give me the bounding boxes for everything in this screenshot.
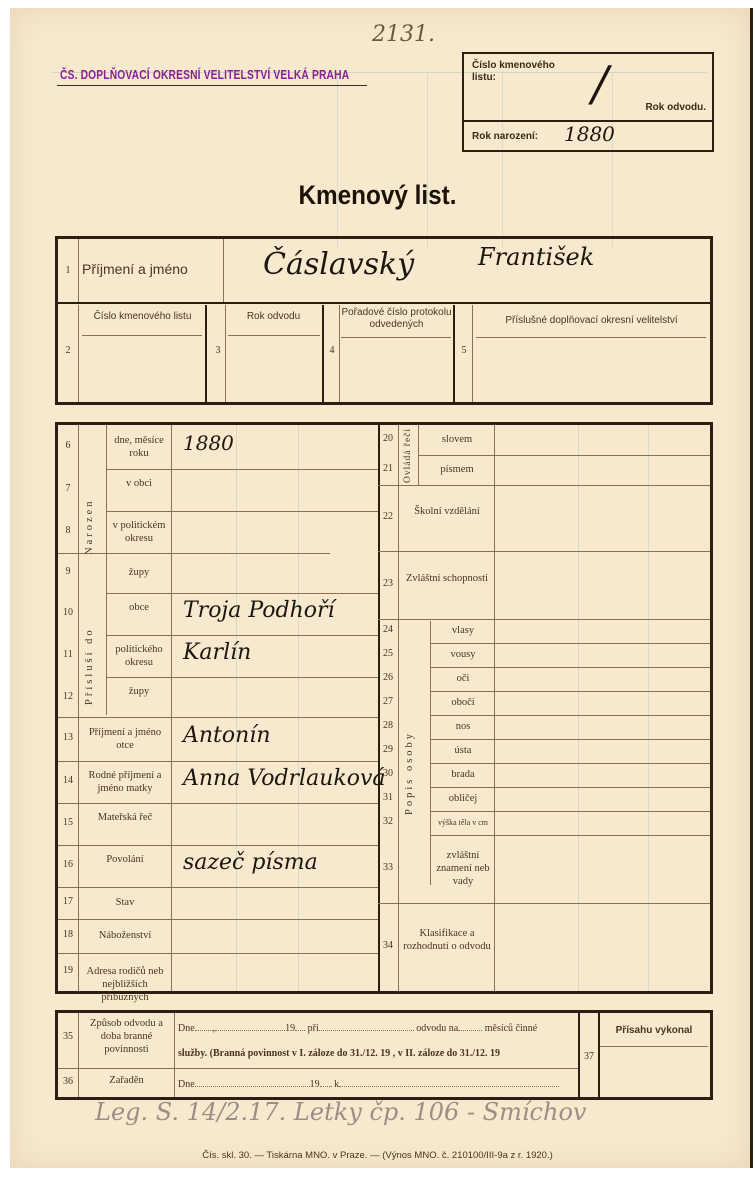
row-number: 27: [378, 696, 398, 707]
field-label: župy: [108, 685, 170, 698]
field-label: Klasifikace a rozhodnutí o odvodu: [400, 927, 494, 953]
field-label: obočí: [432, 696, 494, 709]
field-label: výška těla v cm: [432, 816, 494, 829]
field-value: Karlín: [183, 640, 251, 665]
command-stamp: ČS. DOPLŇOVACÍ OKRESNÍ VELITELSTVÍ VELKÁ…: [60, 68, 349, 82]
field-label: vousy: [432, 648, 494, 661]
field-label: Rodné příjmení a jméno matky: [80, 769, 170, 795]
field-label: Mateřská řeč: [80, 811, 170, 824]
group-popis-osoby: Popis osoby: [404, 695, 415, 815]
row-number: 36: [58, 1076, 78, 1087]
field-value: 1880: [183, 431, 234, 455]
row-number: 8: [58, 525, 78, 536]
col-poradove-label: Pořadové číslo protokolu odvedených: [340, 307, 453, 331]
field-label: zvláštní znamení neb vady: [432, 849, 494, 888]
printer-footer: Čís. skl. 30. — Tiskárna MNO. v Praze. —…: [0, 1150, 755, 1161]
field-label: dne, měsíce roku: [108, 434, 170, 460]
row-number: 12: [58, 691, 78, 702]
row-number: 11: [58, 649, 78, 660]
field-label: ústa: [432, 744, 494, 757]
col-cislo-label: Číslo kmenového listu: [80, 311, 205, 322]
row-number: 23: [378, 578, 398, 589]
col-rok-odvodu-label: Rok odvodu: [226, 311, 321, 322]
group-narozen: Narozen: [84, 465, 95, 555]
row36-label: Zařaděn: [80, 1075, 173, 1086]
field-label: Náboženství: [80, 929, 170, 942]
archive-number: 2131.: [372, 22, 435, 47]
row-number: 32: [378, 816, 398, 827]
field-label: nos: [432, 720, 494, 733]
row-number: 19: [58, 965, 78, 976]
section-service: 35 Způsob odvodu a doba branné povinnost…: [55, 1010, 713, 1100]
field-label: politického okresu: [108, 643, 170, 669]
section-identity: 1 Příjmení a jméno Čáslavský František 2…: [55, 236, 713, 405]
field-label: brada: [432, 768, 494, 781]
row-number: 13: [58, 732, 78, 743]
field-label: v politickém okresu: [108, 519, 170, 545]
row-number: 7: [58, 483, 78, 494]
page-title: Kmenový list.: [38, 180, 718, 211]
cislo-listu-value: /: [592, 54, 608, 114]
row35-line2: služby. (Branná povinnost v I. záloze do…: [178, 1048, 500, 1059]
row35-line1: Dne,19 při odvodu na měsíců činné: [178, 1023, 537, 1034]
field-label: v obci: [108, 477, 170, 490]
field-value: Antonín: [183, 723, 271, 748]
given-name-value: František: [478, 243, 594, 271]
row-number: 26: [378, 672, 398, 683]
row-number: 37: [579, 1051, 599, 1062]
section-personal: Narozen Přísluší do 6 dne, měsíce roku 1…: [55, 422, 713, 994]
row-number: 29: [378, 744, 398, 755]
row-number: 31: [378, 792, 398, 803]
row36-line: Dne19 k: [178, 1079, 559, 1090]
field-label: obce: [108, 601, 170, 614]
col-velitelstvi-label: Příslušné doplňovací okresní velitelství: [473, 315, 710, 326]
field-label: obličej: [432, 792, 494, 805]
row-number: 17: [58, 896, 78, 907]
pencil-note: Leg. S. 14/2.17. Letky čp. 106 - Smíchov: [95, 1098, 586, 1126]
row-number: 21: [378, 463, 398, 474]
rok-narozeni-value: 1880: [564, 122, 615, 146]
field-label: Stav: [80, 896, 170, 909]
group-prislusi: Přísluší do: [84, 605, 95, 705]
field-label: písmem: [420, 463, 494, 476]
cislo-listu-label: Číslo kmenového listu:: [472, 60, 562, 84]
field-label: Adresa rodičů neb nejbližších příbuzných: [80, 965, 170, 1004]
field-label: Zvláštní schopnosti: [400, 572, 494, 585]
row-number: 33: [378, 862, 398, 873]
field-value: sazeč písma: [183, 850, 318, 875]
row-number: 18: [58, 929, 78, 940]
stamp-underline: [57, 85, 367, 86]
row-number: 25: [378, 648, 398, 659]
field-value: Troja Podhoří: [183, 598, 335, 623]
row-number: 10: [58, 607, 78, 618]
field-label: Povolání: [80, 853, 170, 866]
row-number: 1: [58, 265, 78, 276]
group-ovlada-reci: Ovládá řeči: [403, 427, 413, 483]
row-number: 30: [378, 768, 398, 779]
field-label: Příjmení a jméno otce: [80, 726, 170, 752]
row-number: 9: [58, 566, 78, 577]
header-box: Číslo kmenového listu: / Rok odvodu. Rok…: [462, 52, 714, 152]
surname-value: Čáslavský: [263, 247, 414, 282]
row-number: 24: [378, 624, 398, 635]
row35-label: Způsob odvodu a doba branné povinnosti: [80, 1017, 173, 1056]
field-label: vlasy: [432, 624, 494, 637]
field-label: župy: [108, 566, 170, 579]
row-number: 14: [58, 775, 78, 786]
row-number: 15: [58, 817, 78, 828]
field-label: Školní vzdělání: [400, 505, 494, 518]
field-value: Anna Vodrlauková: [183, 766, 386, 791]
row37-label: Přísahu vykonal: [600, 1025, 708, 1036]
row-number: 28: [378, 720, 398, 731]
rok-odvodu-label: Rok odvodu.: [645, 102, 706, 113]
row-number: 35: [58, 1031, 78, 1042]
name-label: Příjmení a jméno: [82, 261, 188, 277]
field-label: oči: [432, 672, 494, 685]
field-label: slovem: [420, 433, 494, 446]
rok-narozeni-label: Rok narození:: [472, 131, 538, 142]
row-number: 34: [378, 940, 398, 951]
row-number: 16: [58, 859, 78, 870]
row-number: 2: [58, 345, 78, 356]
row-number: 6: [58, 440, 78, 451]
row-number: 5: [454, 345, 474, 356]
row-number: 20: [378, 433, 398, 444]
row-number: 22: [378, 511, 398, 522]
